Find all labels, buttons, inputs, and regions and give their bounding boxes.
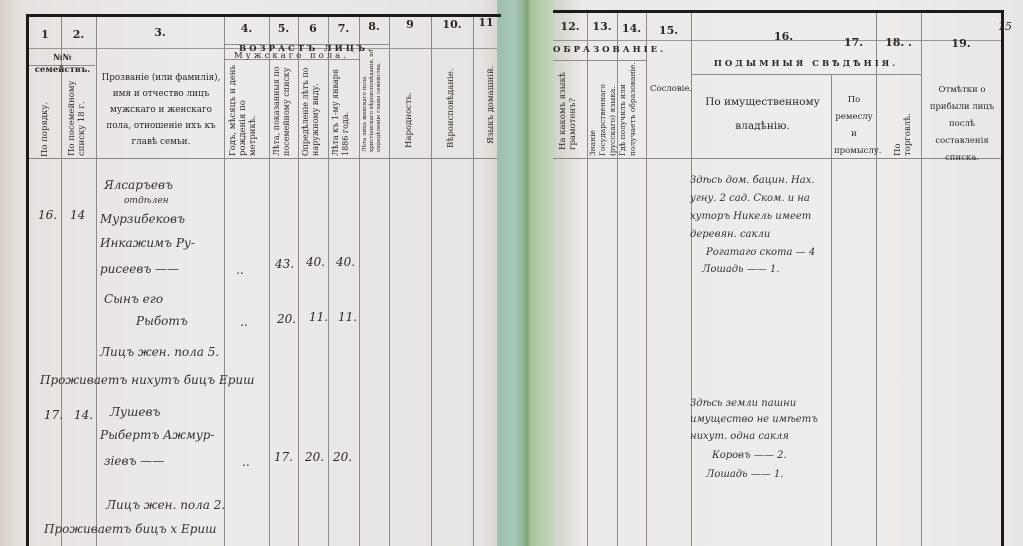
col-divider	[269, 17, 270, 546]
entry-16-note-line: Лицъ жен. пола 5.	[100, 345, 219, 359]
entry-17-property-line: Лошадь —— 1.	[706, 469, 783, 480]
entry-16-son-age-appearance: 11.	[309, 310, 328, 324]
header-c10: Вѣроисповѣданіе.	[446, 80, 456, 148]
entry-16-son-age-1886: 11.	[338, 310, 357, 324]
entry-16-property-line: Рогатаго скота — 4	[706, 247, 815, 258]
header-bottom-rule	[29, 158, 497, 159]
col-divider	[389, 17, 390, 546]
entry-17-name-line: зіевъ ——	[104, 454, 164, 468]
col-divider	[646, 13, 647, 546]
entry-16-son-line: Сынъ его	[104, 292, 163, 306]
header-c1: По порядку.	[40, 72, 50, 157]
entry-16-property-line: Здѣсь дом. бацин. Нах.	[690, 175, 815, 186]
col-number-15: 15.	[646, 24, 691, 37]
header-c9: Народность.	[404, 92, 414, 148]
entry-17-note-line: Лицъ жен. пола 2.	[106, 498, 225, 512]
col-number-9: 9	[389, 18, 431, 31]
education-rule	[553, 60, 646, 61]
entry-16-list-number: 14	[70, 208, 85, 222]
header-c6: Опредѣленіе лѣтъ по наружному виду.	[301, 63, 325, 156]
header-c18: По торговлѣ.	[893, 100, 913, 156]
entry-17-note-line: Проживаетъ бицъ х Ериш	[44, 522, 217, 536]
col-number-5: 5.	[269, 22, 298, 35]
header-c5: Лѣта, показанныя по посемейному списку	[272, 63, 296, 156]
header-c16: По имущественному владѣнію.	[700, 90, 825, 138]
col-number-12: 12.	[553, 20, 587, 33]
header-c7: Лѣта къ 1-му января 1886 года.	[331, 63, 355, 156]
entry-17-property-line: Коровъ —— 2.	[712, 450, 787, 461]
col-number-14: 14.	[617, 22, 646, 35]
col-number-1: 1	[29, 28, 61, 41]
entry-17-age-appearance: 20.	[305, 450, 324, 464]
col-divider	[876, 13, 877, 546]
header-c15: Сословіе.	[650, 78, 688, 100]
col-number-17: 17.	[831, 36, 876, 49]
entry-16-age-appearance: 40.	[306, 255, 325, 269]
entry-17-name-line: Рыбертъ Ажмур-	[100, 428, 215, 442]
header-c14: Гдѣ получилъ или получаетъ образованіе.	[618, 62, 645, 156]
entry-16-number: 16.	[38, 208, 57, 222]
col-number-6: 6	[298, 22, 328, 35]
col-divider	[831, 74, 832, 546]
col-divider	[96, 17, 97, 546]
header-c8: Лѣта лицъ женскаго пола христіанскаго вѣ…	[362, 44, 388, 152]
entry-16-son-birth: ..	[240, 315, 248, 329]
entry-17-age-1886: 20.	[333, 450, 352, 464]
header-c11: Языкъ домашній.	[486, 62, 496, 144]
header-c19: Отмѣтки о прибыли лицъ послѣ составленія…	[924, 82, 1000, 167]
col-divider	[61, 17, 62, 546]
entry-16-name-line: Мурзибековъ	[100, 212, 185, 226]
entry-16-birth: ..	[236, 263, 244, 277]
male-header: Мужскаго пола.	[224, 50, 359, 62]
entry-17-name-line: Лушевъ	[110, 405, 160, 419]
col-divider	[298, 17, 299, 546]
col-number-10: 10.	[431, 18, 473, 31]
entry-16-age-1886: 40.	[336, 255, 355, 269]
col-number-3: 3.	[96, 26, 224, 39]
binding-tape	[497, 0, 555, 546]
tax-info-header: ПОДЫМНЫЯ СВѢДѢНІЯ.	[691, 58, 921, 70]
entry-16-name-line: Ялсаръевъ	[104, 178, 173, 192]
entry-16-property-line: Лошадь —— 1.	[702, 264, 779, 275]
col-divider	[359, 17, 360, 546]
entry-16-note-line: Проживаетъ нихутъ бицъ Ериш	[40, 373, 255, 387]
entry-17-age-list: 17.	[274, 450, 293, 464]
entry-16-name-line: Инкажимъ Ру-	[100, 236, 195, 250]
col-number-11: 11	[473, 16, 499, 29]
entry-16-property-line: угну. 2 сад. Ском. и на	[690, 193, 810, 204]
entry-16-property-line: деревян. сакли	[690, 229, 770, 240]
col-number-8: 8.	[359, 20, 389, 33]
col-number-4: 4.	[224, 22, 269, 35]
entry-17-property-line: Здѣсь земли пашни	[690, 398, 796, 409]
col-number-2: 2.	[61, 28, 96, 41]
header-c13: Знаніе Государственнаго (русскаго) языка…	[588, 62, 616, 156]
col-divider	[921, 13, 922, 546]
page-number-mark: 15	[998, 20, 1012, 33]
col-number-18: 18. .	[876, 36, 921, 49]
col-number-7: 7.	[328, 22, 359, 35]
entry-17-list-number: 14.	[74, 408, 93, 422]
entry-17-property-line: имущество не имѣетъ	[690, 414, 818, 425]
header-c4: Годъ, мѣсяцъ и день рожденія по метрикѣ.	[228, 64, 266, 156]
entry-16-son-line: Рыботъ	[136, 314, 188, 328]
tax-rule	[691, 74, 921, 75]
entry-16-name-line: рисеевъ ——	[100, 262, 179, 276]
entry-17-birth: ..	[242, 455, 250, 469]
header-c2: По посемейному списку 18 г.	[67, 70, 91, 156]
entry-17-property-line: нихут. одна сакля	[690, 431, 789, 442]
header-c12: На какомъ языкѣ грамотенъ?	[558, 66, 584, 150]
header-c3: Прозваніе (или фамилія), имя и отчество …	[100, 70, 222, 150]
education-header: ОБРАЗОВАНІЕ.	[553, 44, 646, 56]
col-divider	[473, 17, 474, 546]
col-number-13: 13.	[587, 20, 617, 33]
col-divider	[431, 17, 432, 546]
col-divider	[328, 17, 329, 546]
col-number-19: 19.	[921, 37, 1001, 50]
header-c17: По ремеслу и промыслу.	[834, 92, 874, 160]
col-divider	[224, 17, 225, 546]
entry-16-name-line: отдѣлен	[124, 196, 169, 206]
entry-17-number: 17.	[44, 408, 63, 422]
entry-16-son-age-list: 20.	[277, 312, 296, 326]
entry-16-age-list: 43.	[275, 257, 294, 271]
entry-16-property-line: хуторъ Никель имеет	[690, 211, 811, 222]
